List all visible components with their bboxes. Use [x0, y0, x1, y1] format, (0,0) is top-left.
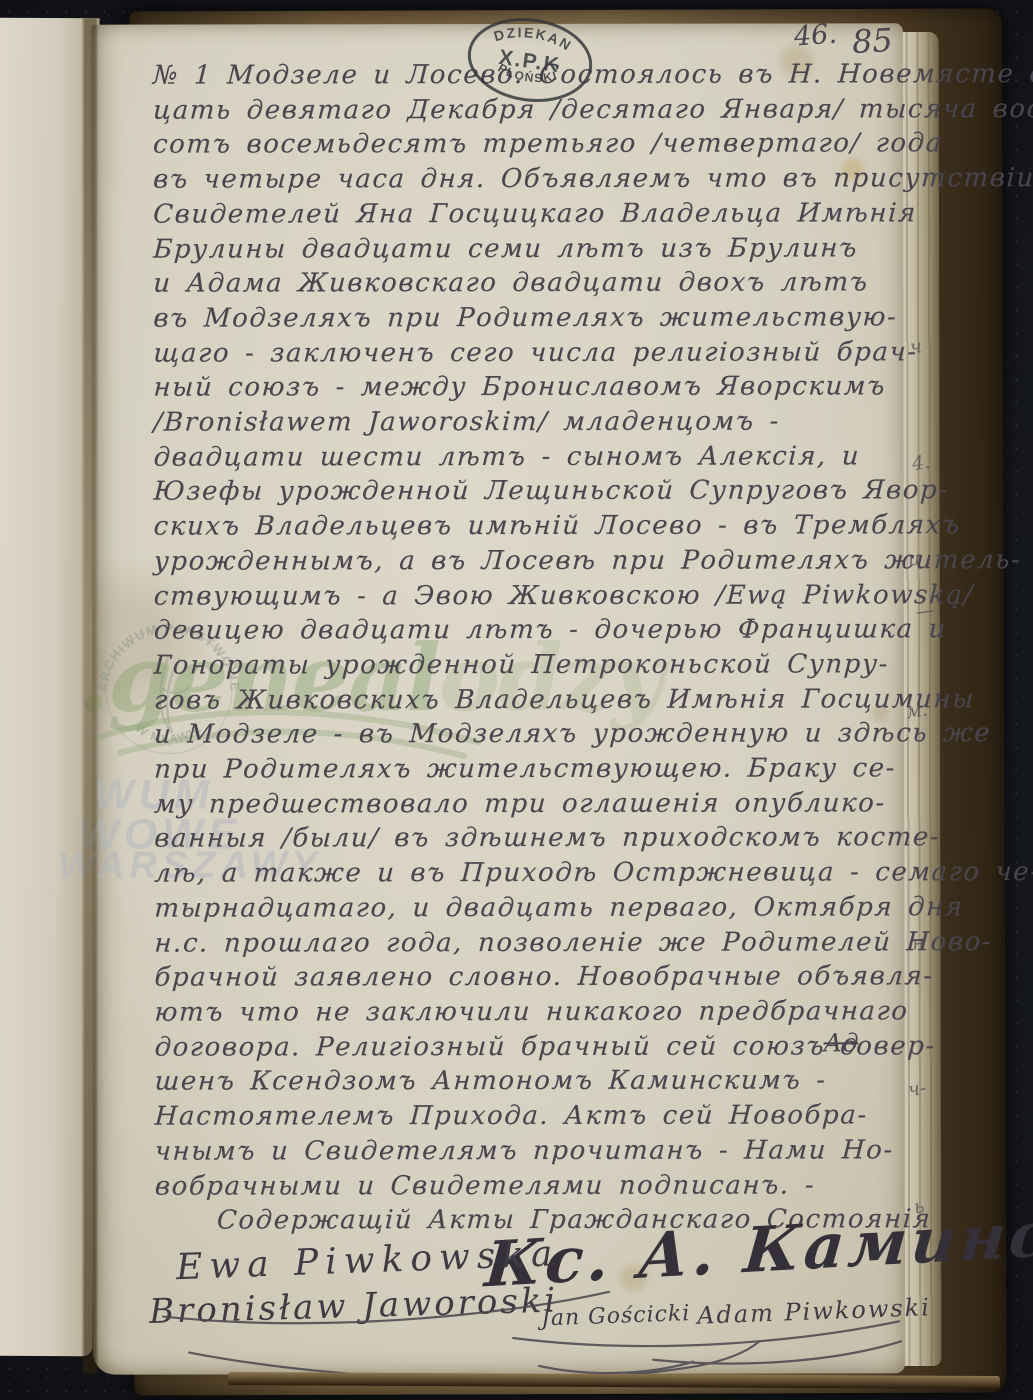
record-line: девицею двадцати лѣтъ - дочерью Францишк… — [153, 612, 937, 648]
photo-background: ARCHIWUM PAŃSTWOWE W MŁAWIE .genealodzy … — [0, 0, 1033, 1400]
record-line: ный союзъ - между Брониславомъ Яворскимъ — [153, 370, 937, 406]
document-page: ARCHIWUM PAŃSTWOWE W MŁAWIE .genealodzy … — [91, 23, 905, 1374]
dean-stamp: DZIEKAN X.P.K PŁOŃSKI — [454, 1, 607, 120]
record-text: № 1 Модзеле и Лосево. Состоялось въ Н. Н… — [153, 57, 937, 1238]
record-line: Свидетелей Яна Госцицкаго Владельца Имѣн… — [152, 196, 936, 232]
record-line: шенъ Ксендзомъ Антономъ Каминскимъ - — [154, 1064, 938, 1100]
record-line: урожденнымъ, а въ Лосевѣ при Родителяхъ … — [153, 543, 937, 579]
record-line: въ четыре часа дня. Объявляемъ что въ пр… — [152, 161, 936, 197]
record-line: скихъ Владельцевъ имѣній Лосево - въ Тре… — [153, 508, 937, 544]
record-line: лѣ, а также и въ Приходѣ Остржневица - с… — [153, 855, 937, 891]
signature-flourishes — [93, 1203, 905, 1400]
edge-fragment: 4. — [911, 451, 932, 475]
record-line: договора. Религіозный брачный сей союзъ … — [154, 1029, 938, 1065]
record-line: въ Модзеляхъ при Родителяхъ жительствую- — [152, 300, 936, 336]
record-line: Брулины двадцати семи лѣтъ изъ Брулинъ — [152, 231, 936, 267]
page-number: 85 — [851, 21, 894, 61]
record-line: чнымъ и Свидетелямъ прочитанъ - Нами Но- — [154, 1133, 938, 1169]
struck-word: Ад — [823, 1028, 859, 1057]
record-line: и Адама Живковскаго двадцати двохъ лѣтъ — [152, 265, 936, 301]
record-line: тырнадцатаго, и двадцать перваго, Октябр… — [153, 890, 937, 926]
gutter-shadow — [83, 18, 97, 1374]
record-line: двадцати шести лѣтъ - сыномъ Алексія, и — [153, 439, 937, 475]
record-line: Гонораты урожденной Петроконьской Супру- — [153, 647, 937, 683]
edge-fragment: м. — [905, 699, 930, 724]
record-line: Юзефы урожденной Лещиньской Супруговъ Яв… — [153, 474, 937, 510]
record-line: ствующимъ - а Эвою Живковскою /Ewą Piwko… — [153, 578, 937, 614]
record-line: вобрачными и Свидетелями подписанъ. - — [154, 1168, 938, 1204]
record-line: сотъ восемьдесятъ третьяго /четвертаго/ … — [152, 127, 936, 163]
record-line: брачной заявлено словно. Новобрачные объ… — [154, 960, 938, 996]
record-line: ванныя /были/ въ здѣшнемъ приходскомъ ко… — [153, 821, 937, 857]
record-line: и Модзеле - въ Модзеляхъ урожденную и зд… — [153, 717, 937, 753]
record-line: /Bronisławem Jaworoskim/ младенцомъ - — [153, 404, 937, 440]
edge-fragment: — — [915, 599, 937, 623]
folio-number: 46. — [793, 19, 838, 53]
record-line: Настоятелемъ Прихода. Актъ сей Новобра- — [154, 1098, 938, 1134]
record-line: н.с. прошлаго года, позволеніе же Родите… — [154, 925, 938, 961]
edge-fragment: ч- — [907, 1077, 928, 1101]
record-line: говъ Живковскихъ Владельцевъ Имѣнія Госц… — [153, 682, 937, 718]
record-line: при Родителяхъ жительствующею. Браку се- — [153, 751, 937, 787]
record-line: щаго - заключенъ сего числа религіозный … — [153, 335, 937, 371]
record-line: ютъ что не заключили никакого предбрачна… — [154, 994, 938, 1030]
record-line: му предшествовало три оглашенія опублико… — [153, 786, 937, 822]
